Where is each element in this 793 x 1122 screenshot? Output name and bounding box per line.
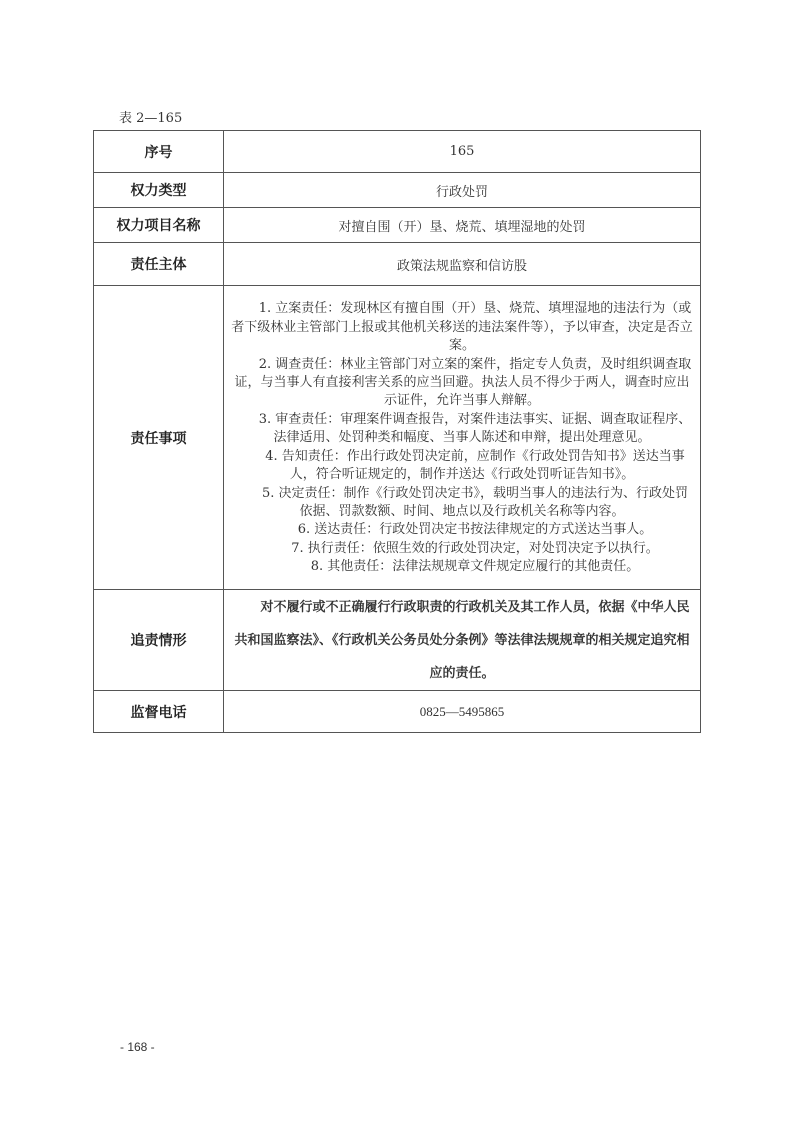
accountability-label: 追责情形: [94, 590, 224, 691]
table-row-responsible-body: 责任主体 政策法规监察和信访股: [94, 243, 701, 286]
power-type-value: 行政处罚: [224, 173, 701, 208]
table-row-duties: 责任事项 1. 立案责任：发现林区有擅自围（开）垦、烧荒、填埋湿地的违法行为（或…: [94, 286, 701, 590]
supervision-phone-value: 0825—5495865: [224, 691, 701, 733]
table-caption: 表 2—165: [119, 107, 182, 126]
page-number: - 168 -: [120, 1040, 155, 1054]
accountability-text: 对不履行或不正确履行行政职责的行政机关及其工作人员，依据《中华人民共和国监察法》…: [230, 591, 694, 690]
power-type-label: 权力类型: [94, 173, 224, 208]
serial-value: 165: [224, 131, 701, 173]
table-row-item-name: 权力项目名称 对擅自围（开）垦、烧荒、填埋湿地的处罚: [94, 208, 701, 243]
duty-item: 6. 送达责任：行政处罚决定书按法律规定的方式送达当事人。: [230, 521, 694, 539]
accountability-text-cell: 对不履行或不正确履行行政职责的行政机关及其工作人员，依据《中华人民共和国监察法》…: [224, 590, 701, 691]
power-item-table: 序号 165 权力类型 行政处罚 权力项目名称 对擅自围（开）垦、烧荒、填埋湿地…: [93, 130, 701, 733]
duty-item: 5. 决定责任：制作《行政处罚决定书》，载明当事人的违法行为、行政处罚依据、罚款…: [230, 485, 694, 522]
duty-item: 2. 调查责任：林业主管部门对立案的案件，指定专人负责，及时组织调查取证，与当事…: [230, 356, 694, 411]
duties-label: 责任事项: [94, 286, 224, 590]
table-row-serial: 序号 165: [94, 131, 701, 173]
duty-item: 8. 其他责任：法律法规规章文件规定应履行的其他责任。: [230, 558, 694, 576]
duties-list: 1. 立案责任：发现林区有擅自围（开）垦、烧荒、填埋湿地的违法行为（或者下级林业…: [224, 286, 701, 590]
item-name-value: 对擅自围（开）垦、烧荒、填埋湿地的处罚: [224, 208, 701, 243]
table-row-accountability: 追责情形 对不履行或不正确履行行政职责的行政机关及其工作人员，依据《中华人民共和…: [94, 590, 701, 691]
serial-label: 序号: [94, 131, 224, 173]
responsible-body-value: 政策法规监察和信访股: [224, 243, 701, 286]
duty-item: 3. 审查责任：审理案件调查报告，对案件违法事实、证据、调查取证程序、法律适用、…: [230, 411, 694, 448]
duty-item: 4. 告知责任：作出行政处罚决定前，应制作《行政处罚告知书》送达当事人，符合听证…: [230, 448, 694, 485]
supervision-phone-label: 监督电话: [94, 691, 224, 733]
duty-item: 1. 立案责任：发现林区有擅自围（开）垦、烧荒、填埋湿地的违法行为（或者下级林业…: [230, 300, 694, 355]
responsible-body-label: 责任主体: [94, 243, 224, 286]
duty-item: 7. 执行责任：依照生效的行政处罚决定，对处罚决定予以执行。: [230, 540, 694, 558]
table-row-supervision-phone: 监督电话 0825—5495865: [94, 691, 701, 733]
table-row-power-type: 权力类型 行政处罚: [94, 173, 701, 208]
item-name-label: 权力项目名称: [94, 208, 224, 243]
